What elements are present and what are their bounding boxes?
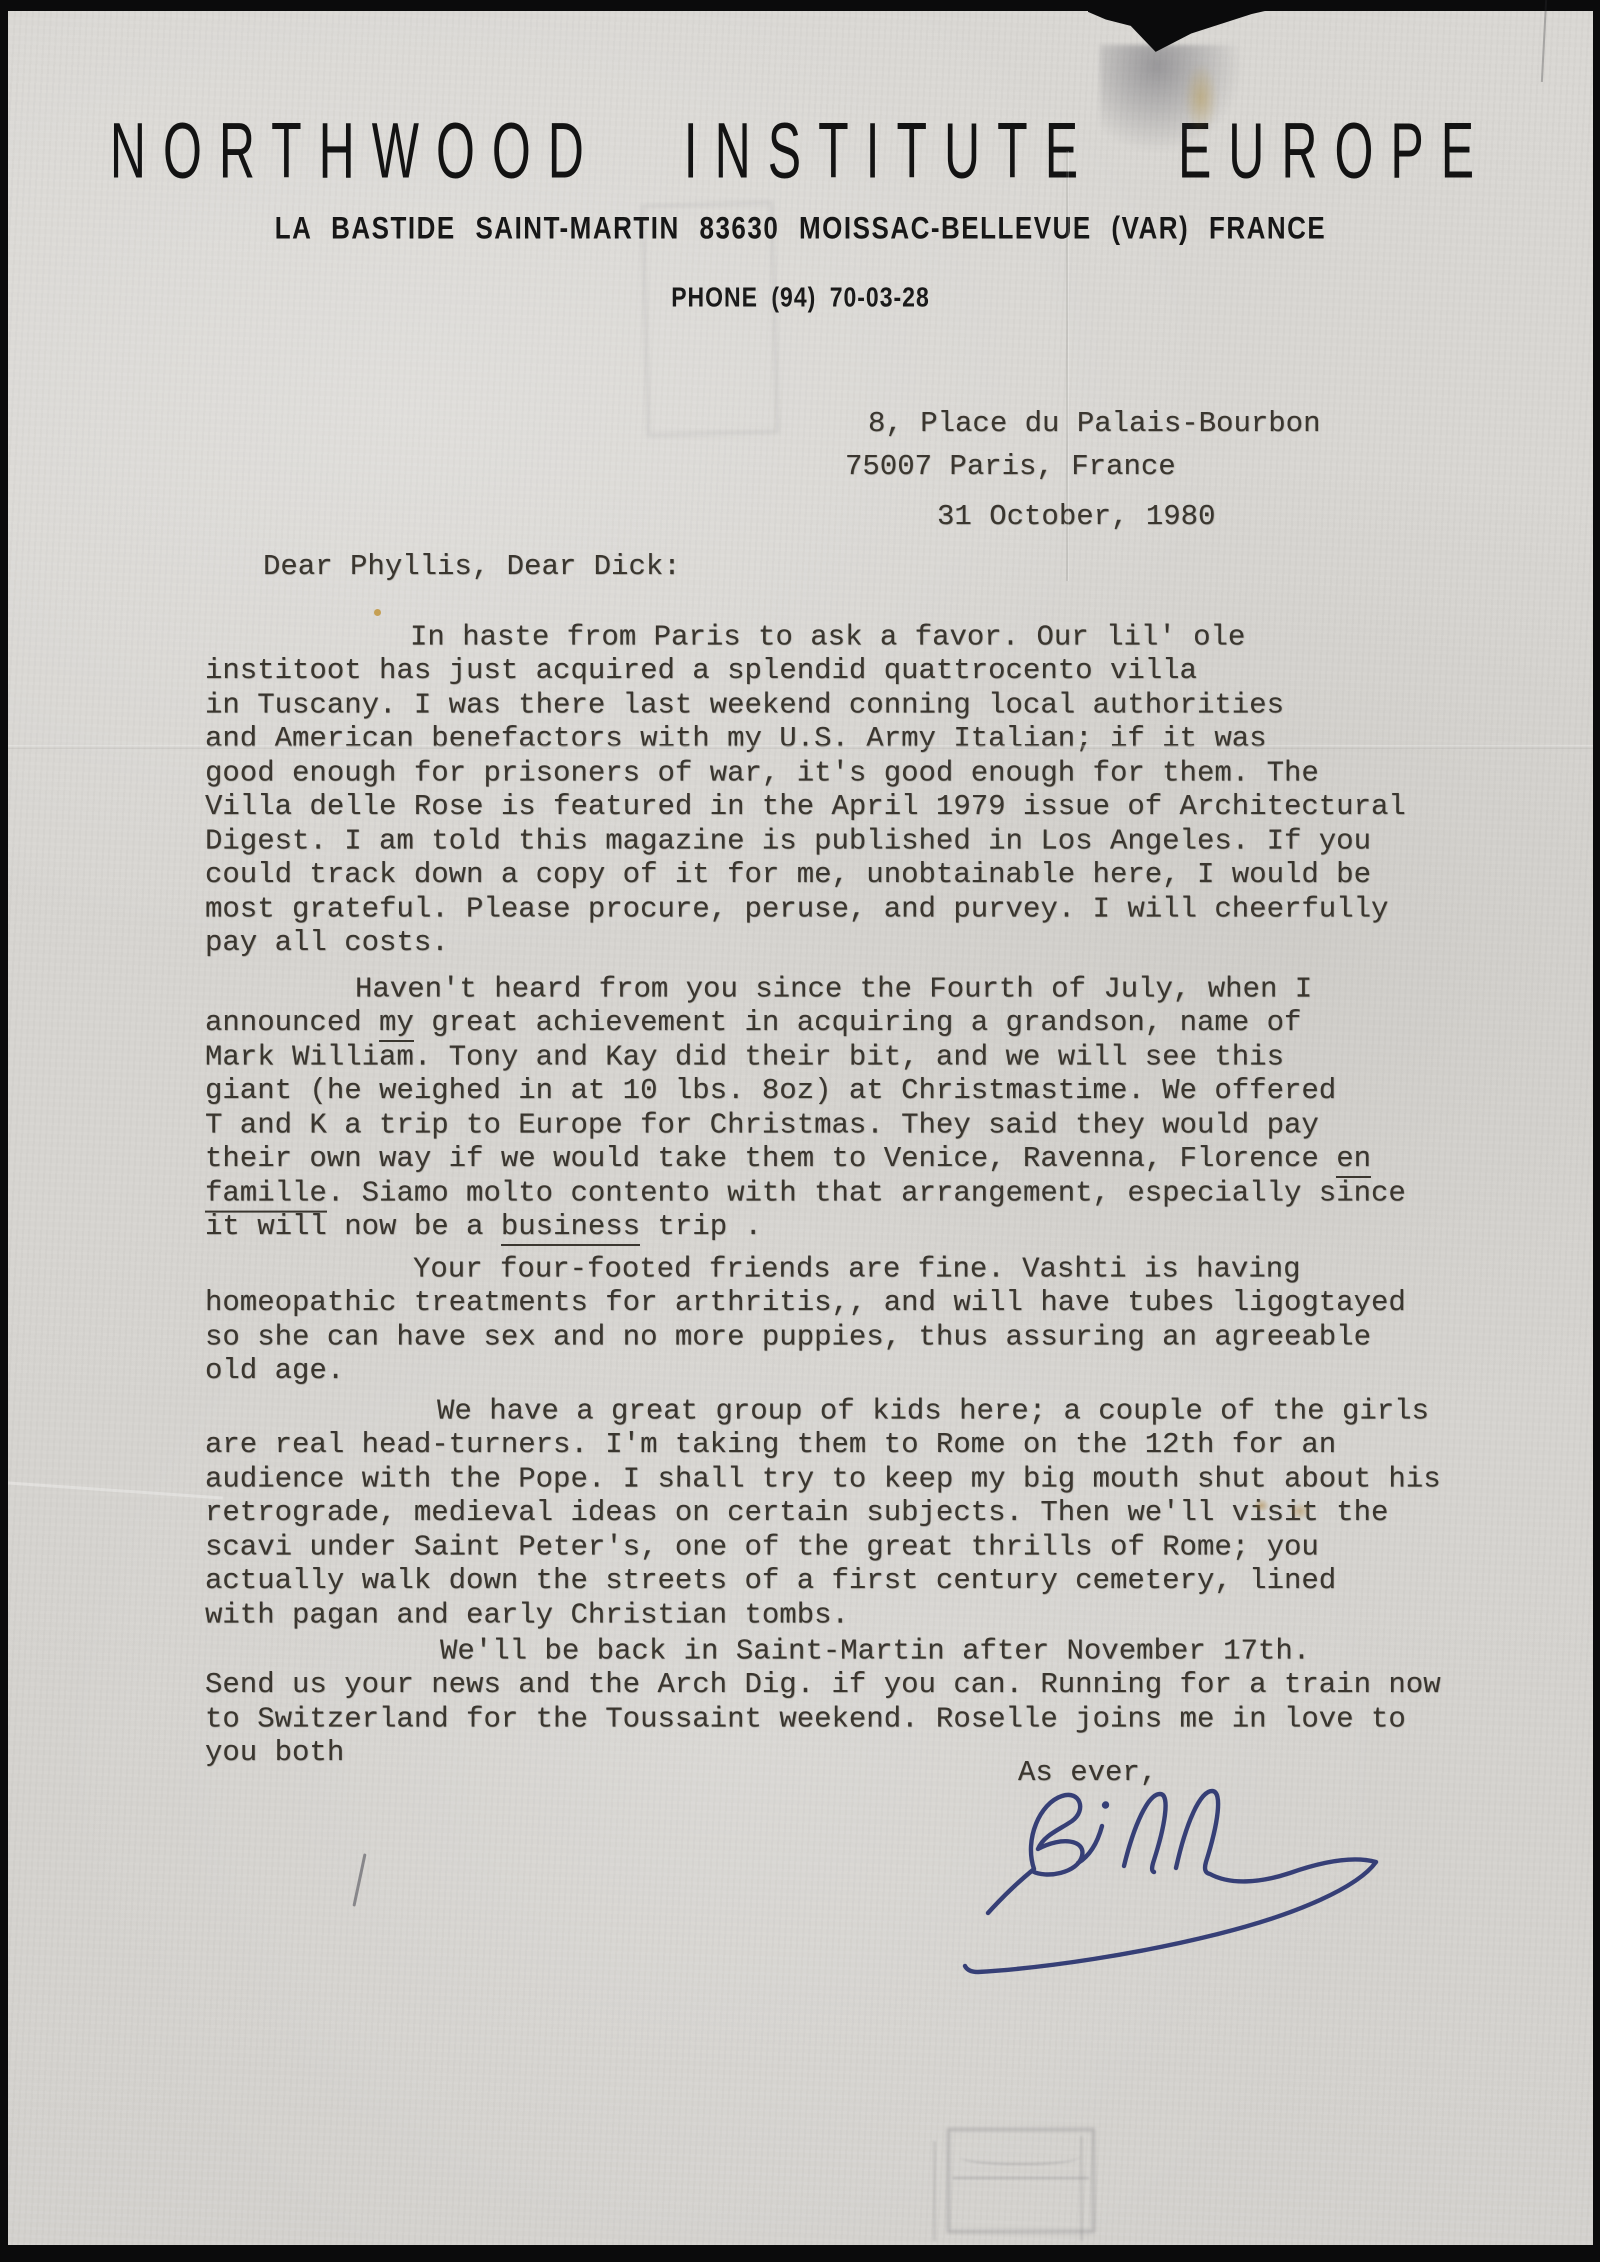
typed-line: Villa delle Rose is featured in the Apri… (205, 790, 1406, 824)
scanned-letter-page: { "colors": { "paper": "#d7d5d1", "typew… (0, 0, 1600, 2262)
typed-line: and American benefactors with my U.S. Ar… (205, 722, 1406, 756)
typed-line: it will now be a business trip . (205, 1210, 1406, 1244)
letter-paper: NORTHWOOD INSTITUTE EUROPE LA BASTIDE SA… (8, 11, 1593, 2245)
show-through-streak (1080, 2136, 1083, 2241)
typed-line: old age. (205, 1354, 1406, 1388)
typed-line: institoot has just acquired a splendid q… (205, 654, 1406, 688)
typed-line: Haven't heard from you since the Fourth … (205, 973, 1406, 1007)
typed-line: We'll be back in Saint-Martin after Nove… (205, 1635, 1441, 1669)
letter-paragraph: We'll be back in Saint-Martin after Nove… (205, 1634, 1441, 1770)
signature-bill (926, 1763, 1456, 1978)
typed-line: pay all costs. (205, 926, 1406, 960)
typed-line: famille. Siamo molto contento with that … (205, 1177, 1406, 1211)
torn-edge-smudge (1100, 45, 1250, 160)
typed-line: homeopathic treatments for arthritis,, a… (205, 1286, 1406, 1320)
typed-line: giant (he weighed in at 10 lbs. 8oz) at … (205, 1074, 1406, 1108)
typed-line: their own way if we would take them to V… (205, 1142, 1406, 1176)
fold-crease-horizontal (8, 745, 1593, 749)
typed-line: actually walk down the streets of a firs… (205, 1564, 1441, 1598)
typed-line: are real head-turners. I'm taking them t… (205, 1428, 1441, 1462)
letter-date: 31 October, 1980 (937, 500, 1215, 534)
typed-line: so she can have sex and no more puppies,… (205, 1321, 1406, 1355)
typed-line: announced my great achievement in acquir… (205, 1006, 1406, 1040)
typed-line: in Tuscany. I was there last weekend con… (205, 689, 1406, 723)
ink-slash-mark (352, 1853, 366, 1906)
letter-paragraph: Haven't heard from you since the Fourth … (205, 972, 1406, 1244)
ghost-stamp-detail (953, 2177, 1089, 2179)
typed-line: We have a great group of kids here; a co… (205, 1395, 1441, 1429)
typed-line: most grateful. Please procure, peruse, a… (205, 893, 1406, 927)
letter-paragraph: We have a great group of kids here; a co… (205, 1394, 1441, 1632)
salutation: Dear Phyllis, Dear Dick: (263, 550, 681, 584)
typed-line: scavi under Saint Peter's, one of the gr… (205, 1531, 1441, 1565)
typed-line: Send us your news and the Arch Dig. if y… (205, 1668, 1441, 1702)
stain-spot (374, 609, 381, 616)
fold-crease-vertical (1066, 151, 1068, 581)
typed-line: good enough for prisoners of war, it's g… (205, 757, 1406, 791)
show-through-ghost (641, 201, 779, 436)
stain-spot (1290, 1503, 1310, 1519)
letter-paragraph: Your four-footed friends are fine. Vasht… (205, 1252, 1406, 1388)
fold-crease-diagonal (8, 1482, 223, 1500)
ghost-stamp-detail (960, 2147, 1080, 2165)
typed-line: Mark William. Tony and Kay did their bit… (205, 1041, 1406, 1075)
sender-address-line-1: 8, Place du Palais-Bourbon (868, 407, 1320, 441)
typed-line: audience with the Pope. I shall try to k… (205, 1463, 1441, 1497)
stain-spot (1254, 1499, 1269, 1512)
typed-line: to Switzerland for the Toussaint weekend… (205, 1703, 1441, 1737)
typed-line: could track down a copy of it for me, un… (205, 858, 1406, 892)
letterhead-address: LA BASTIDE SAINT-MARTIN 83630 MOISSAC-BE… (8, 209, 1593, 247)
typed-line: T and K a trip to Europe for Christmas. … (205, 1109, 1406, 1143)
typed-line: with pagan and early Christian tombs. (205, 1599, 1441, 1633)
typed-line: In haste from Paris to ask a favor. Our … (205, 621, 1406, 655)
letterhead-title: NORTHWOOD INSTITUTE EUROPE (8, 111, 1593, 190)
stain-spot (1184, 63, 1218, 133)
show-through-streak (933, 2141, 936, 2241)
sender-address-line-2: 75007 Paris, France (845, 450, 1176, 484)
letterhead-phone: PHONE (94) 70-03-28 (8, 281, 1593, 314)
ghost-stamp-outline (947, 2128, 1095, 2233)
letter-paragraph: In haste from Paris to ask a favor. Our … (205, 620, 1406, 960)
typed-line: Digest. I am told this magazine is publi… (205, 825, 1406, 859)
typed-line: Your four-footed friends are fine. Vasht… (205, 1253, 1406, 1287)
